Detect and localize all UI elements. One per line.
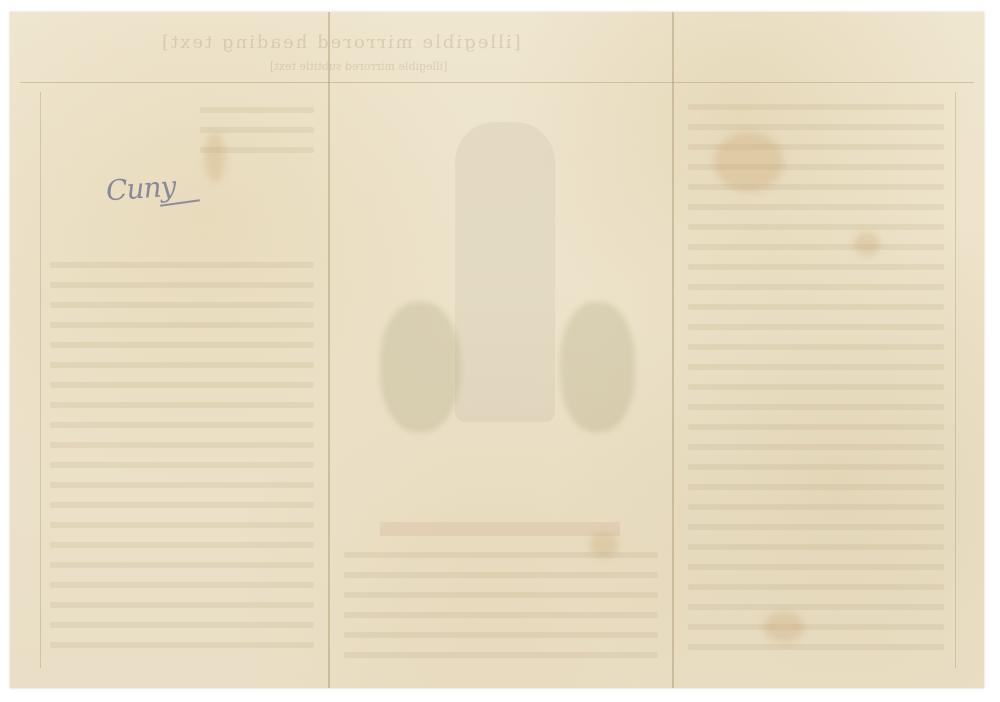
text-showthrough	[50, 562, 314, 568]
tree-left	[380, 302, 460, 432]
text-showthrough	[688, 224, 944, 230]
text-showthrough	[50, 442, 314, 448]
stain	[714, 132, 784, 192]
stain	[590, 532, 618, 558]
text-showthrough	[688, 464, 944, 470]
panel-left: Cuny	[10, 12, 328, 688]
text-showthrough	[688, 544, 944, 550]
text-showthrough	[688, 524, 944, 530]
text-showthrough	[50, 542, 314, 548]
column-rule	[955, 92, 956, 668]
caption-showthrough	[380, 522, 620, 536]
column-rule	[40, 92, 41, 668]
text-showthrough	[200, 107, 314, 113]
text-showthrough	[688, 624, 944, 630]
text-showthrough	[688, 404, 944, 410]
panel-right	[674, 12, 984, 688]
text-showthrough	[688, 304, 944, 310]
figure-silhouette	[455, 122, 555, 422]
stain	[205, 132, 225, 182]
text-showthrough	[344, 612, 658, 618]
tree-right	[560, 302, 635, 432]
stain	[764, 612, 804, 642]
text-showthrough	[50, 362, 314, 368]
text-showthrough	[688, 444, 944, 450]
text-showthrough	[688, 584, 944, 590]
text-showthrough	[50, 302, 314, 308]
text-showthrough	[50, 642, 314, 648]
text-showthrough	[688, 344, 944, 350]
text-showthrough	[50, 402, 314, 408]
text-showthrough	[688, 564, 944, 570]
text-showthrough	[688, 504, 944, 510]
text-showthrough	[688, 324, 944, 330]
stain	[854, 232, 880, 256]
text-showthrough	[50, 502, 314, 508]
paper-sheet: [illegible mirrored heading text] [illeg…	[10, 12, 984, 688]
text-showthrough	[688, 604, 944, 610]
text-showthrough	[688, 104, 944, 110]
text-showthrough	[50, 382, 314, 388]
text-showthrough	[688, 264, 944, 270]
text-showthrough	[688, 124, 944, 130]
text-showthrough	[688, 644, 944, 650]
text-showthrough	[50, 622, 314, 628]
text-showthrough	[50, 342, 314, 348]
text-showthrough	[688, 384, 944, 390]
text-showthrough	[50, 322, 314, 328]
text-showthrough	[50, 582, 314, 588]
illustration-showthrough	[360, 102, 640, 542]
text-showthrough	[688, 484, 944, 490]
text-showthrough	[50, 262, 314, 268]
text-showthrough	[688, 424, 944, 430]
text-showthrough	[344, 652, 658, 658]
text-showthrough	[50, 522, 314, 528]
text-showthrough	[50, 602, 314, 608]
text-showthrough	[688, 244, 944, 250]
text-showthrough	[50, 422, 314, 428]
text-showthrough	[50, 282, 314, 288]
panel-center	[330, 12, 672, 688]
text-showthrough	[344, 572, 658, 578]
text-showthrough	[688, 284, 944, 290]
text-showthrough	[50, 462, 314, 468]
text-showthrough	[344, 632, 658, 638]
text-showthrough	[344, 592, 658, 598]
text-showthrough	[688, 204, 944, 210]
handwritten-annotation: Cuny	[105, 170, 176, 208]
text-showthrough	[688, 364, 944, 370]
text-showthrough	[50, 482, 314, 488]
